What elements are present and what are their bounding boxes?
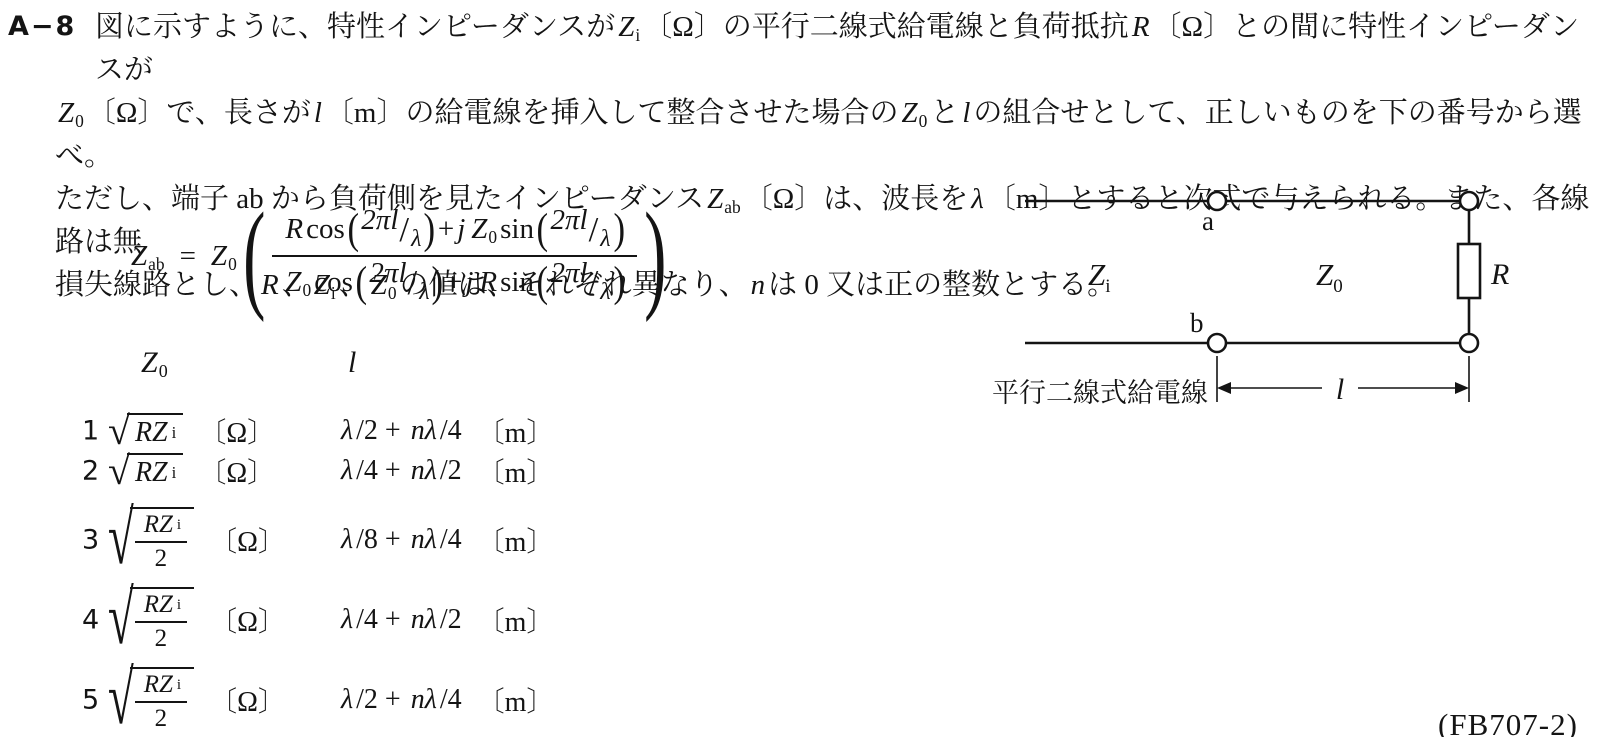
option-row-5: 5 √ RZi 2 〔Ω〕 λ/2 + nλ/4 〔m〕 bbox=[0, 668, 620, 732]
option-number: 3 bbox=[82, 525, 99, 556]
terminal-a-label: a bbox=[1202, 206, 1214, 236]
exam-code: (FB707-2) bbox=[1438, 707, 1578, 737]
option-z0-expression: √ RZi 2 〔Ω〕 bbox=[108, 587, 286, 653]
meter-unit: 〔m〕 bbox=[477, 411, 555, 451]
feeder-label: 平行二線式給電線 bbox=[992, 378, 1208, 408]
sqrt-expression: √ RZi 2 bbox=[108, 507, 194, 573]
fraction-numerator: R cos(2πl/λ) + jZ0 sin(2πl/λ) bbox=[272, 204, 637, 258]
impedance-formula: Zab = Z0 ( R cos(2πl/λ) + jZ0 sin(2πl/λ)… bbox=[128, 186, 670, 326]
option-number: 4 bbox=[82, 605, 99, 636]
formula-lhs: Zab bbox=[131, 240, 165, 273]
bottom-right-node bbox=[1460, 334, 1478, 352]
meter-unit: 〔m〕 bbox=[477, 680, 555, 720]
equals-sign: = bbox=[180, 240, 196, 273]
option-length-expression: λ/2 + nλ/4 〔m〕 bbox=[338, 680, 554, 720]
ohm-unit: 〔Ω〕 bbox=[209, 600, 286, 640]
meter-unit: 〔m〕 bbox=[477, 600, 555, 640]
exam-page: A−8 図に示すように、特性インピーダンスがZi〔Ω〕の平行二線式給電線と負荷抵… bbox=[0, 0, 1616, 737]
option-z0-expression: √ RZi 2 〔Ω〕 bbox=[108, 507, 286, 573]
resistor-body bbox=[1458, 244, 1480, 298]
radicand-fraction: RZi 2 bbox=[135, 671, 187, 733]
question-line-1: 図に示すように、特性インピーダンスがZi〔Ω〕の平行二線式給電線と負荷抵抗R〔Ω… bbox=[55, 6, 1595, 92]
option-row-3: 3 √ RZi 2 〔Ω〕 λ/8 + nλ/4 〔m〕 bbox=[0, 508, 620, 572]
radicand-fraction: RZi 2 bbox=[135, 511, 187, 573]
options-header-z0: Z0 bbox=[141, 346, 168, 380]
option-z0-expression: √ RZi 〔Ω〕 bbox=[108, 411, 275, 451]
option-z0-expression: √ RZi 〔Ω〕 bbox=[108, 451, 275, 491]
option-row-2: 2 √ RZi 〔Ω〕 λ/4 + nλ/2 〔m〕 bbox=[0, 452, 620, 490]
terminal-b-label: b bbox=[1190, 308, 1204, 338]
meter-unit: 〔m〕 bbox=[477, 451, 555, 491]
arrowhead-right bbox=[1455, 382, 1469, 394]
terminal-b-node bbox=[1208, 334, 1226, 352]
formula-fraction: R cos(2πl/λ) + jZ0 sin(2πl/λ) Z0 cos(2πl… bbox=[272, 204, 637, 309]
option-number: 2 bbox=[82, 456, 99, 487]
options-header-l: l bbox=[348, 346, 356, 380]
option-row-1: 1 √ RZi 〔Ω〕 λ/2 + nλ/4 〔m〕 bbox=[0, 412, 620, 450]
ohm-unit: 〔Ω〕 bbox=[198, 411, 275, 451]
option-z0-expression: √ RZi 2 〔Ω〕 bbox=[108, 667, 286, 733]
arrowhead-left bbox=[1217, 382, 1231, 394]
sqrt-expression: √ RZi bbox=[108, 453, 183, 490]
resistor-label: R bbox=[1490, 258, 1509, 291]
question-line-2: Z0〔Ω〕で、長さがl〔m〕の給電線を挿入して整合させた場合のZ0とlの組合せと… bbox=[55, 92, 1595, 178]
meter-unit: 〔m〕 bbox=[477, 520, 555, 560]
sqrt-expression: √ RZi 2 bbox=[108, 587, 194, 653]
z0-label: Z0 bbox=[1316, 257, 1343, 297]
radical-sign: √ bbox=[108, 507, 134, 571]
option-length-expression: λ/8 + nλ/4 〔m〕 bbox=[338, 520, 554, 560]
option-number: 1 bbox=[82, 416, 99, 447]
option-row-4: 4 √ RZi 2 〔Ω〕 λ/4 + nλ/2 〔m〕 bbox=[0, 588, 620, 652]
zi-label: Zi bbox=[1088, 257, 1111, 297]
ohm-unit: 〔Ω〕 bbox=[198, 451, 275, 491]
option-length-expression: λ/2 + nλ/4 〔m〕 bbox=[338, 411, 554, 451]
fraction-denominator: Z0 cos(2πl/λ) + jR sin(2πl/λ) bbox=[272, 257, 637, 309]
ohm-unit: 〔Ω〕 bbox=[209, 680, 286, 720]
length-label: l bbox=[1336, 373, 1344, 406]
option-length-expression: λ/4 + nλ/2 〔m〕 bbox=[338, 600, 554, 640]
circuit-diagram: a b Zi Z0 R l 平行二線式給電線 bbox=[950, 180, 1570, 410]
option-number: 5 bbox=[82, 685, 99, 716]
top-right-node bbox=[1460, 192, 1478, 210]
radicand-fraction: RZi 2 bbox=[135, 591, 187, 653]
radical-sign: √ bbox=[108, 587, 134, 651]
ohm-unit: 〔Ω〕 bbox=[209, 520, 286, 560]
close-paren: ) bbox=[644, 195, 666, 317]
sqrt-expression: √ RZi 2 bbox=[108, 667, 194, 733]
option-length-expression: λ/4 + nλ/2 〔m〕 bbox=[338, 451, 554, 491]
formula-coefficient: Z0 bbox=[211, 240, 237, 273]
radical-sign: √ bbox=[108, 667, 134, 731]
sqrt-expression: √ RZi bbox=[108, 413, 183, 450]
open-paren: ( bbox=[243, 195, 265, 317]
